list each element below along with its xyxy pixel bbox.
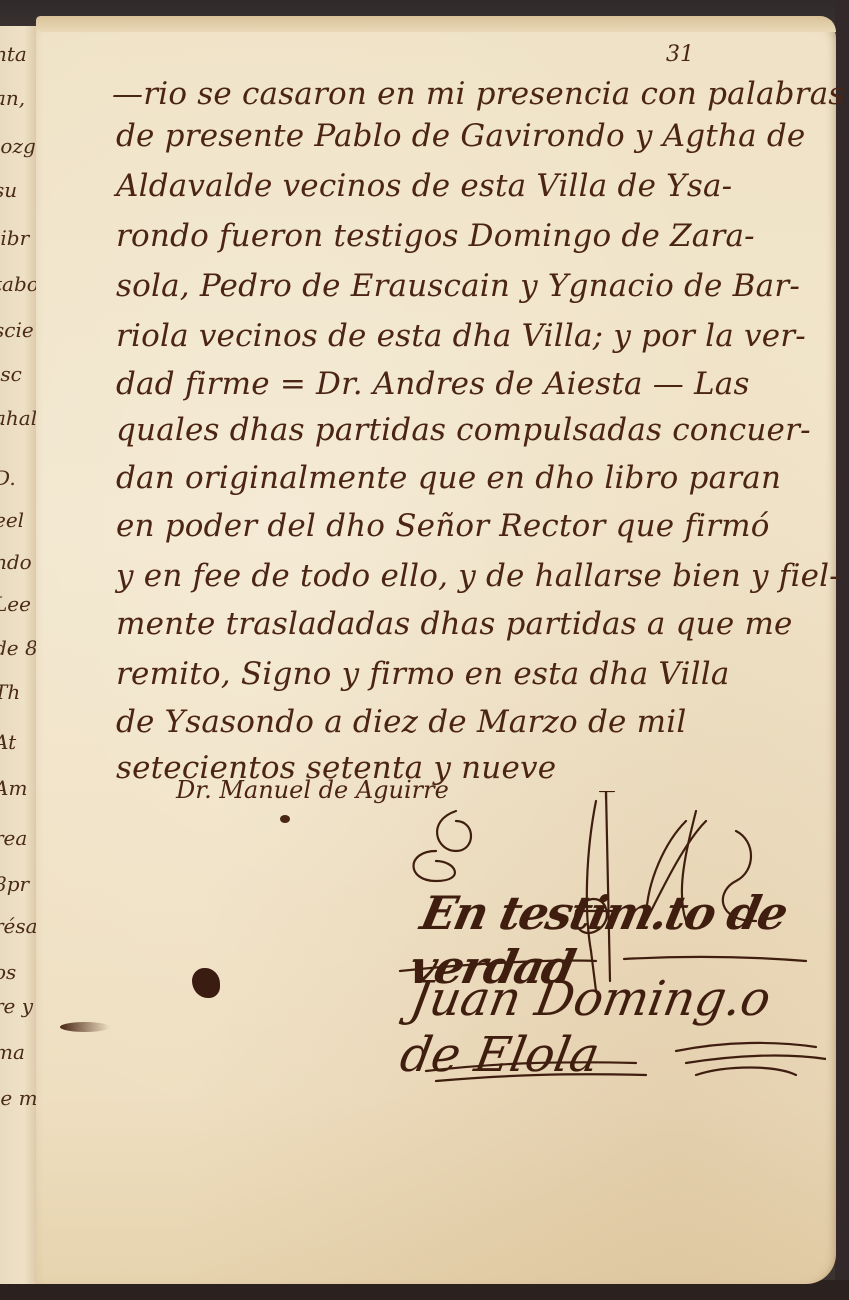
prev-fragment: le m [0, 1086, 38, 1110]
prev-fragment: rea [0, 826, 27, 850]
prev-fragment: de 8 [0, 636, 38, 660]
text-line: dad firme = Dr. Andres de Aiesta — Las [116, 366, 750, 402]
prev-fragment: At [0, 730, 16, 754]
prev-fragment: isc [0, 362, 22, 386]
prev-fragment: su [0, 178, 17, 202]
signature-line-2: Juan Doming.o de Elola [396, 971, 836, 1083]
ink-dot [280, 815, 290, 823]
prev-fragment: 8pr [0, 872, 29, 896]
prev-fragment: os [0, 960, 16, 984]
prev-fragment: scie [0, 318, 34, 342]
ink-smudge [60, 1022, 110, 1032]
prev-fragment: tabo [0, 272, 39, 296]
text-line: —rio se casaron en mi presencia con pala… [112, 76, 845, 112]
page-torn-edge [36, 16, 836, 32]
text-line: riola vecinos de esta dha Villa; y por l… [116, 318, 806, 354]
prev-fragment: re y [0, 994, 33, 1018]
text-line: quales dhas partidas compulsadas concuer… [116, 412, 811, 448]
manuscript-page: 31 —rio se casaron en mi presencia con p… [36, 16, 836, 1284]
prev-fragment: lozg [0, 134, 36, 158]
notary-signature-flourish: En testim.to de verdad Juan Doming.o de … [396, 791, 826, 1091]
text-line: sola, Pedro de Erauscain y Ygnacio de Ba… [116, 268, 800, 304]
prev-fragment: Am [0, 776, 27, 800]
text-line: rondo fueron testigos Domingo de Zara- [116, 218, 755, 254]
prev-fragment: Lee [0, 592, 31, 616]
text-line: Aldavalde vecinos de esta Villa de Ysa- [116, 168, 732, 204]
text-line: mente trasladadas dhas partidas a que me [116, 606, 793, 642]
prev-fragment: D. [0, 466, 16, 490]
folio-number: 31 [666, 42, 694, 67]
prev-fragment: Th [0, 680, 20, 704]
text-line: remito, Signo y firmo en esta dha Villa [116, 656, 730, 692]
prev-fragment: nta [0, 42, 27, 66]
text-line: en poder del dho Señor Rector que firmó [116, 508, 770, 544]
prev-fragment: ahal [0, 406, 37, 430]
prev-fragment: ndo [0, 550, 32, 574]
prev-fragment: an, [0, 86, 25, 110]
prev-fragment: libr [0, 226, 29, 250]
prev-fragment: ma [0, 1040, 25, 1064]
text-line: de Ysasondo a diez de Marzo de mil [116, 704, 686, 740]
text-line: y en fee de todo ello, y de hallarse bie… [116, 558, 840, 594]
text-line: dan originalmente que en dho libro paran [116, 460, 781, 496]
prev-fragment: eel [0, 508, 24, 532]
text-line: de presente Pablo de Gavirondo y Agtha d… [116, 118, 805, 154]
scan-background-right [835, 0, 849, 1300]
prev-fragment: résa [0, 914, 38, 938]
